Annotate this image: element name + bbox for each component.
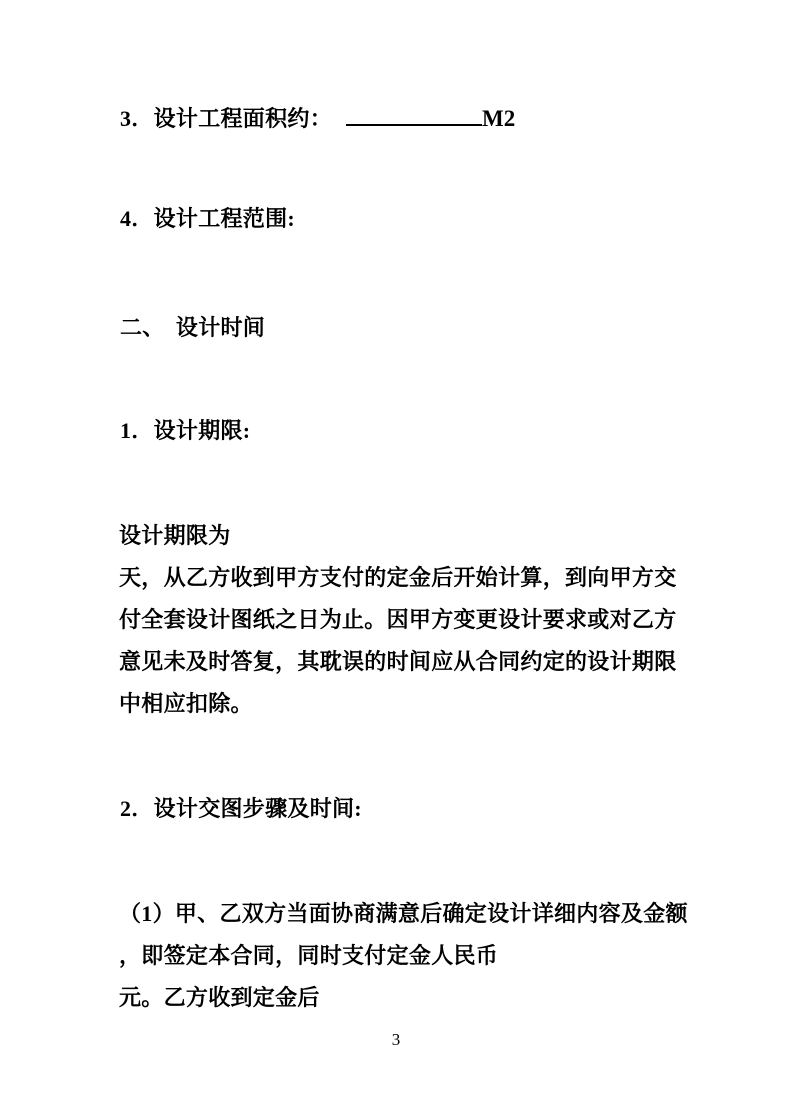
clause-4-design-scope: 4．设计工程范围:: [120, 198, 676, 240]
clause-1-design-period: 1．设计期限:: [120, 410, 676, 452]
paragraph-line: 付全套设计图纸之日为止。因甲方变更设计要求或对乙方: [119, 599, 676, 641]
paragraph-line: 设计期限为: [119, 515, 676, 557]
clause-2-delivery-steps: 2．设计交图步骤及时间:: [120, 788, 676, 830]
paragraph-line: ，即签定本合同，同时支付定金人民币: [119, 935, 676, 977]
paragraph-line: 意见未及时答复，其耽误的时间应从合同约定的设计期限: [119, 641, 676, 683]
clause-3-design-area: 3．设计工程面积约：M2: [120, 98, 676, 140]
fill-in-blank-line: [346, 104, 482, 126]
page-number: 3: [0, 1028, 792, 1052]
section-2-heading-design-time: 二、 设计时间: [120, 307, 676, 349]
clause-3-label: 3．设计工程面积约：: [120, 106, 332, 131]
paragraph-line: 天，从乙方收到甲方支付的定金后开始计算，到向甲方交: [119, 557, 676, 599]
area-unit-label: M2: [482, 106, 515, 131]
paragraph-line: 元。乙方收到定金后: [119, 977, 676, 1019]
paragraph-line: 中相应扣除。: [119, 683, 676, 725]
paragraph-step-1-deposit: （1）甲、乙双方当面协商满意后确定设计详细内容及金额 ，即签定本合同，同时支付定…: [119, 893, 676, 1019]
contract-document-page: 3．设计工程面积约：M2 4．设计工程范围: 二、 设计时间 1．设计期限: 设…: [0, 0, 792, 1120]
paragraph-line: （1）甲、乙双方当面协商满意后确定设计详细内容及金额: [119, 893, 676, 935]
paragraph-design-period-terms: 设计期限为 天，从乙方收到甲方支付的定金后开始计算，到向甲方交 付全套设计图纸之…: [119, 515, 676, 725]
